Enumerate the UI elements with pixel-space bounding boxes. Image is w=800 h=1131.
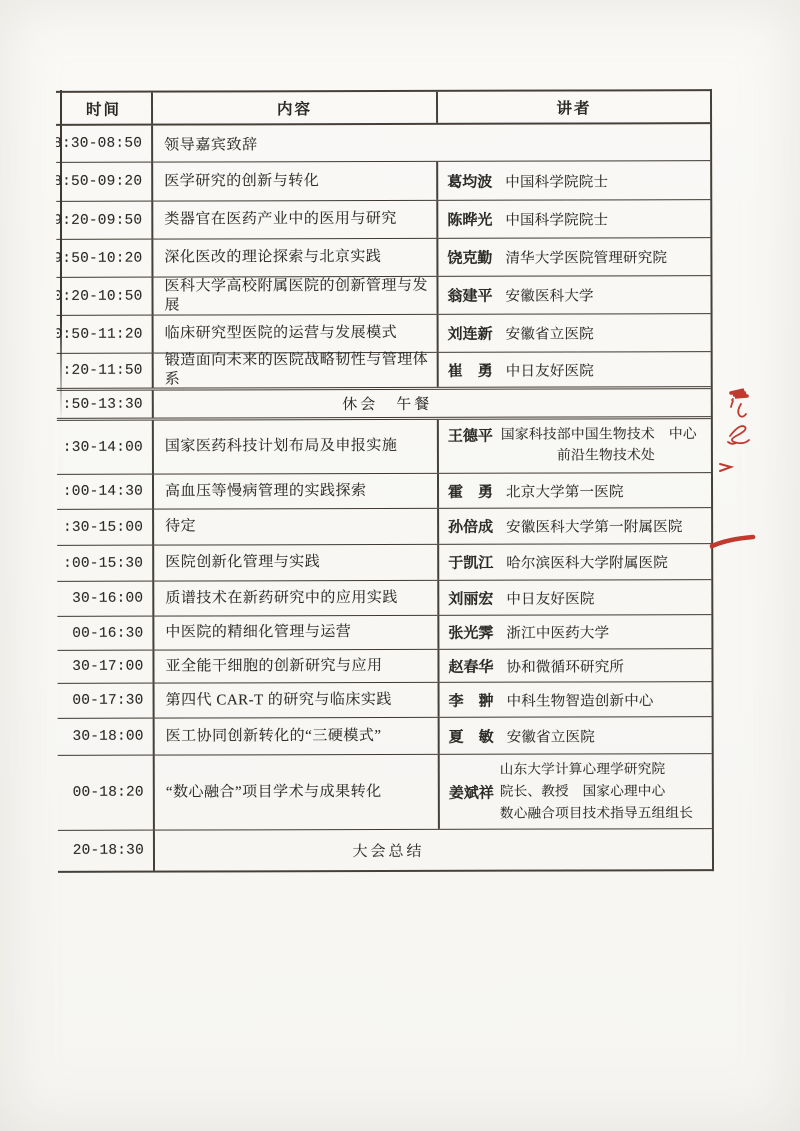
- speaker-cell: 于凯江哈尔滨医科大学附属医院: [439, 544, 711, 580]
- ink-note-mark: [731, 399, 746, 417]
- header-cell-content: 内容: [153, 92, 438, 124]
- time-cell: 00-16:30: [57, 617, 154, 650]
- time-cell: 0:50-11:20: [57, 316, 154, 353]
- speaker-name: 张光霁: [448, 622, 493, 643]
- speaker-name: 崔 勇: [448, 359, 493, 380]
- time-cell: 0:20-10:50: [56, 278, 153, 315]
- time-cell: :20-11:50: [57, 354, 154, 388]
- speaker-name: 夏 敏: [449, 725, 494, 746]
- red-ink-annotations: [700, 380, 800, 560]
- ink-blob-mark: [731, 390, 747, 397]
- schedule-table: 时间 内容 讲者 08:30-08:50领导嘉宾致辞08:50-09:20医学研…: [56, 89, 714, 873]
- speaker-cell: 李 翀中科生物智造创新中心: [440, 682, 712, 717]
- table-row: 20-18:30大会总结: [58, 829, 712, 871]
- table-row: 30-17:00亚全能干细胞的创新研究与应用赵春华协和微循环研究所: [57, 649, 711, 684]
- time-cell: :50-13:30: [57, 391, 154, 418]
- content-cell: 医科大学高校附属医院的创新管理与发展: [153, 277, 438, 315]
- speaker-name: 饶克勤: [447, 247, 492, 268]
- table-row: 00-17:30第四代 CAR-T 的研究与临床实践李 翀中科生物智造创新中心: [58, 682, 712, 719]
- speaker-affiliation: 中日友好医院: [506, 359, 594, 380]
- speaker-affiliation: 中科生物智造创新中心: [507, 689, 654, 710]
- speaker-affiliation: 安徽医科大学第一附属医院: [506, 515, 682, 536]
- table-header-row: 时间 内容 讲者: [56, 91, 710, 126]
- scanned-schedule-page: 时间 内容 讲者 08:30-08:50领导嘉宾致辞08:50-09:20医学研…: [0, 0, 800, 1131]
- table-row: 9:50-10:20深化医改的理论探索与北京实践饶克勤清华大学医院管理研究院: [56, 238, 710, 278]
- affiliation-line: 数心融合项目技术指导五组组长: [500, 802, 712, 824]
- break-label: 大会总结: [352, 839, 424, 860]
- speaker-cell: 刘丽宏中日友好医院: [439, 580, 711, 615]
- speaker-name: 孙倍成: [448, 516, 493, 537]
- speaker-cell: 王德平国家科技部中国生物技术 中心前沿生物技术处: [439, 419, 711, 473]
- speaker-cell: 张光霁浙江中医药大学: [439, 615, 711, 649]
- table-row: :20-11:50锻造面向未来的医院战略韧性与管理体系崔 勇中日友好医院: [57, 352, 711, 391]
- time-cell: 9:50-10:20: [56, 240, 153, 277]
- speaker-cell: 葛均波中国科学院院士: [438, 161, 710, 200]
- schedule-rows: 08:30-08:50领导嘉宾致辞08:50-09:20医学研究的创新与转化葛均…: [56, 124, 712, 871]
- speaker-affiliation: 山东大学计算心理学研究院院长、教授 国家心理中心数心融合项目技术指导五组组长: [500, 759, 712, 825]
- content-cell: 高血压等慢病管理的实践探索: [154, 474, 439, 509]
- speaker-affiliation: 浙江中医药大学: [506, 621, 609, 642]
- speaker-name: 刘丽宏: [448, 587, 493, 608]
- content-cell: 类器官在医药产业中的医用与研究: [153, 201, 438, 239]
- content-cell: 待定: [154, 509, 439, 545]
- time-cell: :30-14:00: [57, 421, 154, 474]
- ink-loop-mark: [728, 426, 749, 444]
- content-cell: 深化医改的理论探索与北京实践: [153, 239, 438, 277]
- affiliation-line: 院长、教授 国家心理中心: [500, 780, 712, 802]
- speaker-affiliation: 中国科学院院士: [505, 170, 608, 191]
- time-cell: 00-18:20: [58, 756, 155, 830]
- speaker-name: 霍 勇: [448, 480, 493, 501]
- speaker-name: 王德平: [448, 425, 493, 446]
- speaker-cell: 夏 敏安徽省立医院: [440, 717, 712, 754]
- speaker-name: 葛均波: [447, 170, 492, 191]
- speaker-affiliation: 安徽省立医院: [506, 322, 594, 343]
- content-cell: 质谱技术在新药研究中的应用实践: [154, 581, 439, 616]
- table-row: 0:50-11:20临床研究型医院的运营与发展模式刘连新安徽省立医院: [57, 314, 711, 354]
- speaker-affiliation: 清华大学医院管理研究院: [505, 246, 667, 267]
- merged-cell: 领导嘉宾致辞: [153, 124, 710, 161]
- speaker-cell: 姜斌祥山东大学计算心理学研究院院长、教授 国家心理中心数心融合项目技术指导五组组…: [440, 754, 712, 829]
- time-cell: 08:30-08:50: [56, 126, 153, 162]
- content-cell: 医院创新化管理与实践: [154, 545, 439, 581]
- speaker-name: 姜斌祥: [449, 781, 494, 802]
- merged-cell: 休会 午餐: [154, 389, 711, 417]
- speaker-cell: 孙倍成安徽医科大学第一附属医院: [439, 508, 711, 544]
- affiliation-line: 国家科技部中国生物技术 中心: [501, 424, 711, 445]
- speaker-name: 陈晔光: [447, 209, 492, 230]
- table-row: 08:50-09:20医学研究的创新与转化葛均波中国科学院院士: [56, 161, 710, 202]
- header-cell-time: 时间: [56, 93, 153, 124]
- speaker-cell: 赵春华协和微循环研究所: [439, 649, 711, 682]
- speaker-affiliation: 中日友好医院: [506, 587, 594, 608]
- content-cell: 锻造面向未来的医院战略韧性与管理体系: [154, 353, 439, 388]
- speaker-name: 于凯江: [448, 552, 493, 573]
- content-cell: 临床研究型医院的运营与发展模式: [154, 315, 439, 353]
- speaker-cell: 翁建平安徽医科大学: [438, 276, 710, 314]
- speaker-name: 李 翀: [449, 689, 494, 710]
- time-cell: :00-14:30: [57, 475, 154, 509]
- speaker-affiliation: 国家科技部中国生物技术 中心前沿生物技术处: [501, 424, 711, 466]
- time-cell: 30-17:00: [57, 651, 154, 683]
- speaker-affiliation: 协和微循环研究所: [506, 655, 624, 676]
- table-row: 09:20-09:50类器官在医药产业中的医用与研究陈晔光中国科学院院士: [56, 200, 710, 240]
- table-row: 00-18:20“数心融合”项目学术与成果转化姜斌祥山东大学计算心理学研究院院长…: [58, 754, 712, 831]
- speaker-cell: 霍 勇北京大学第一医院: [439, 473, 711, 508]
- time-cell: :00-15:30: [57, 546, 154, 581]
- table-row: 0:20-10:50医科大学高校附属医院的创新管理与发展翁建平安徽医科大学: [56, 276, 710, 316]
- speaker-cell: 崔 勇中日友好医院: [439, 352, 711, 387]
- time-cell: 20-18:30: [58, 831, 155, 871]
- speaker-name: 刘连新: [448, 323, 493, 344]
- speaker-name: 翁建平: [447, 285, 492, 306]
- table-row: 08:30-08:50领导嘉宾致辞: [56, 124, 710, 163]
- content-cell: 亚全能干细胞的创新研究与应用: [154, 650, 439, 683]
- table-row: :00-14:30高血压等慢病管理的实践探索霍 勇北京大学第一医院: [57, 473, 711, 510]
- break-label: 休会 午餐: [342, 393, 432, 414]
- merged-cell: 大会总结: [155, 829, 712, 870]
- table-row: :00-15:30医院创新化管理与实践于凯江哈尔滨医科大学附属医院: [57, 544, 711, 582]
- time-cell: 09:20-09:50: [56, 202, 153, 239]
- time-cell: 00-17:30: [58, 684, 155, 718]
- time-cell: :30-15:00: [57, 510, 154, 545]
- table-row: 30-18:00医工协同创新转化的“三硬模式”夏 敏安徽省立医院: [58, 717, 712, 756]
- speaker-affiliation: 安徽医科大学: [506, 284, 594, 305]
- content-cell: 医工协同创新转化的“三硬模式”: [155, 718, 440, 755]
- affiliation-line: 山东大学计算心理学研究院: [500, 759, 712, 781]
- content-cell: 医学研究的创新与转化: [153, 162, 438, 201]
- table-row: :50-13:30休会 午餐: [57, 389, 711, 421]
- speaker-affiliation: 中国科学院院士: [505, 208, 608, 229]
- header-cell-speaker: 讲者: [438, 91, 710, 123]
- content-cell: 中医院的精细化管理与运营: [154, 616, 439, 650]
- speaker-name: 赵春华: [448, 655, 493, 676]
- time-cell: 30-16:00: [57, 582, 154, 616]
- time-cell: 08:50-09:20: [56, 163, 153, 201]
- table-row: 00-16:30中医院的精细化管理与运营张光霁浙江中医药大学: [57, 615, 711, 651]
- ink-arrow-mark: [720, 464, 731, 471]
- table-row: 30-16:00质谱技术在新药研究中的应用实践刘丽宏中日友好医院: [57, 580, 711, 617]
- content-cell: 第四代 CAR-T 的研究与临床实践: [155, 683, 440, 718]
- content-cell: 国家医药科技计划布局及申报实施: [154, 420, 439, 474]
- time-cell: 30-18:00: [58, 719, 155, 755]
- content-cell: 领导嘉宾致辞: [164, 133, 258, 154]
- affiliation-line: 前沿生物技术处: [501, 445, 711, 466]
- speaker-affiliation: 北京大学第一医院: [506, 480, 624, 501]
- speaker-cell: 饶克勤清华大学医院管理研究院: [438, 238, 710, 276]
- speaker-affiliation: 哈尔滨医科大学附属医院: [506, 551, 668, 572]
- content-cell: “数心融合”项目学术与成果转化: [155, 755, 440, 830]
- speaker-cell: 刘连新安徽省立医院: [439, 314, 711, 352]
- speaker-affiliation: 安徽省立医院: [507, 725, 595, 746]
- table-row: :30-15:00待定孙倍成安徽医科大学第一附属医院: [57, 508, 711, 546]
- table-row: :30-14:00国家医药科技计划布局及申报实施王德平国家科技部中国生物技术 中…: [57, 419, 711, 475]
- speaker-cell: 陈晔光中国科学院院士: [438, 200, 710, 238]
